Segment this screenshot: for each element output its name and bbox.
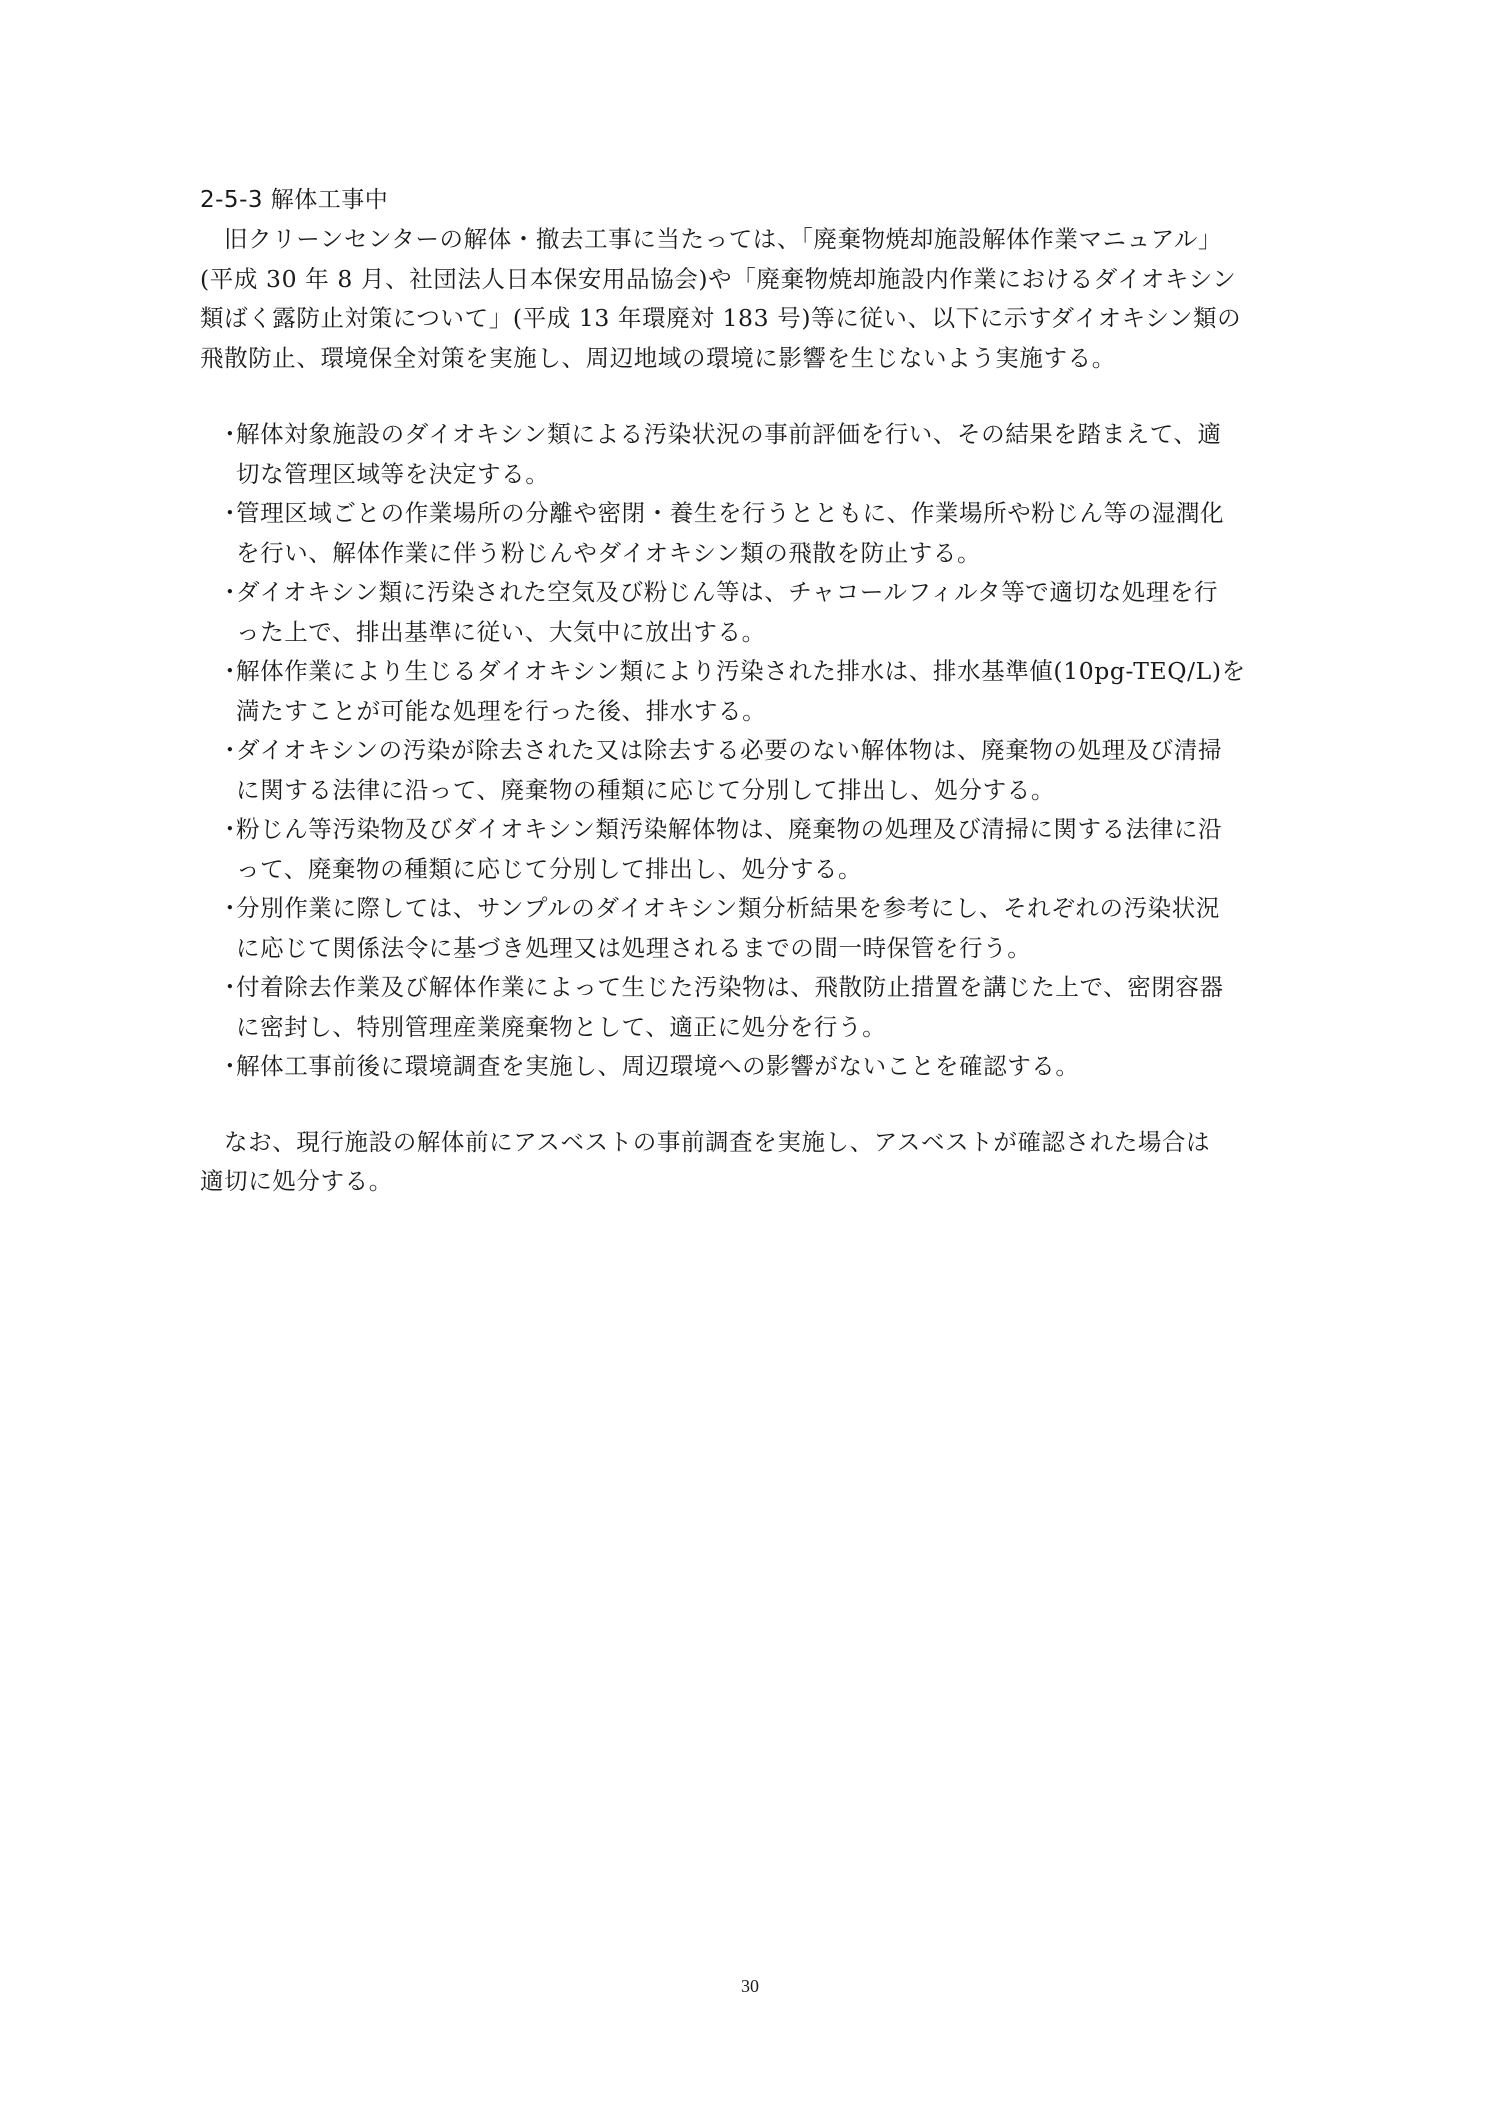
intro-paragraph: 旧クリーンセンターの解体・撤去工事に当たっては、「廃棄物焼却施設解体作業マニュア… xyxy=(200,220,1320,378)
list-item-line: 解体対象施設のダイオキシン類による汚染状況の事前評価を行い、その結果を踏まえて、… xyxy=(236,415,1320,455)
list-item-line: って、廃棄物の種類に応じて分別して排出し、処分する。 xyxy=(236,850,1320,890)
list-item-line: ダイオキシンの汚染が除去された又は除去する必要のない解体物は、廃棄物の処理及び清… xyxy=(236,731,1320,771)
list-item-line: った上で、排出基準に従い、大気中に放出する。 xyxy=(236,613,1320,653)
list-item: ･ 管理区域ごとの作業場所の分離や密閉・養生を行うとともに、作業場所や粉じん等の… xyxy=(224,494,1320,573)
list-item-line: 満たすことが可能な処理を行った後、排水する。 xyxy=(236,692,1320,732)
bullet-marker: ･ xyxy=(224,415,236,455)
measures-list: ･ 解体対象施設のダイオキシン類による汚染状況の事前評価を行い、その結果を踏まえ… xyxy=(200,415,1320,1087)
list-item-line: 切な管理区域等を決定する。 xyxy=(236,455,1320,495)
bullet-marker: ･ xyxy=(224,1047,236,1087)
list-item: ･ ダイオキシンの汚染が除去された又は除去する必要のない解体物は、廃棄物の処理及… xyxy=(224,731,1320,810)
list-item: ･ ダイオキシン類に汚染された空気及び粉じん等は、チャコールフィルタ等で適切な処… xyxy=(224,573,1320,652)
list-item-line: 管理区域ごとの作業場所の分離や密閉・養生を行うとともに、作業場所や粉じん等の湿潤… xyxy=(236,494,1320,534)
bullet-marker: ･ xyxy=(224,810,236,850)
document-page: 2-5-3 解体工事中 旧クリーンセンターの解体・撤去工事に当たっては、「廃棄物… xyxy=(200,180,1320,1202)
intro-line: 類ばく露防止対策について」(平成 13 年環廃対 183 号)等に従い、以下に示… xyxy=(200,299,1320,339)
list-item-line: 解体工事前後に環境調査を実施し、周辺環境への影響がないことを確認する。 xyxy=(236,1047,1320,1087)
section-heading: 2-5-3 解体工事中 xyxy=(200,180,1320,220)
bullet-marker: ･ xyxy=(224,731,236,771)
bullet-marker: ･ xyxy=(224,889,236,929)
list-item: ･ 解体対象施設のダイオキシン類による汚染状況の事前評価を行い、その結果を踏まえ… xyxy=(224,415,1320,494)
list-item-line: 分別作業に際しては、サンプルのダイオキシン類分析結果を参考にし、それぞれの汚染状… xyxy=(236,889,1320,929)
page-number: 30 xyxy=(0,1976,1500,1997)
asbestos-note-paragraph: なお、現行施設の解体前にアスベストの事前調査を実施し、アスベストが確認された場合… xyxy=(200,1123,1320,1202)
list-item-line: を行い、解体作業に伴う粉じんやダイオキシン類の飛散を防止する。 xyxy=(236,534,1320,574)
intro-line: (平成 30 年 8 月、社団法人日本保安用品協会)や「廃棄物焼却施設内作業にお… xyxy=(200,260,1320,300)
intro-line: 旧クリーンセンターの解体・撤去工事に当たっては、「廃棄物焼却施設解体作業マニュア… xyxy=(200,220,1320,260)
list-item-line: に関する法律に沿って、廃棄物の種類に応じて分別して排出し、処分する。 xyxy=(236,771,1320,811)
list-item-line: に応じて関係法令に基づき処理又は処理されるまでの間一時保管を行う。 xyxy=(236,929,1320,969)
note-line: なお、現行施設の解体前にアスベストの事前調査を実施し、アスベストが確認された場合… xyxy=(200,1123,1320,1163)
list-item: ･ 解体工事前後に環境調査を実施し、周辺環境への影響がないことを確認する。 xyxy=(224,1047,1320,1087)
list-item: ･ 分別作業に際しては、サンプルのダイオキシン類分析結果を参考にし、それぞれの汚… xyxy=(224,889,1320,968)
bullet-marker: ･ xyxy=(224,652,236,692)
list-item-line: ダイオキシン類に汚染された空気及び粉じん等は、チャコールフィルタ等で適切な処理を… xyxy=(236,573,1320,613)
bullet-marker: ･ xyxy=(224,968,236,1008)
intro-line: 飛散防止、環境保全対策を実施し、周辺地域の環境に影響を生じないよう実施する。 xyxy=(200,339,1320,379)
list-item: ･ 粉じん等汚染物及びダイオキシン類汚染解体物は、廃棄物の処理及び清掃に関する法… xyxy=(224,810,1320,889)
note-line: 適切に処分する。 xyxy=(200,1162,1320,1202)
list-item-line: 解体作業により生じるダイオキシン類により汚染された排水は、排水基準値(10pg-… xyxy=(236,652,1320,692)
list-item: ･ 解体作業により生じるダイオキシン類により汚染された排水は、排水基準値(10p… xyxy=(224,652,1320,731)
list-item: ･ 付着除去作業及び解体作業によって生じた汚染物は、飛散防止措置を講じた上で、密… xyxy=(224,968,1320,1047)
list-item-line: 付着除去作業及び解体作業によって生じた汚染物は、飛散防止措置を講じた上で、密閉容… xyxy=(236,968,1320,1008)
bullet-marker: ･ xyxy=(224,494,236,534)
list-item-line: 粉じん等汚染物及びダイオキシン類汚染解体物は、廃棄物の処理及び清掃に関する法律に… xyxy=(236,810,1320,850)
bullet-marker: ･ xyxy=(224,573,236,613)
list-item-line: に密封し、特別管理産業廃棄物として、適正に処分を行う。 xyxy=(236,1008,1320,1048)
